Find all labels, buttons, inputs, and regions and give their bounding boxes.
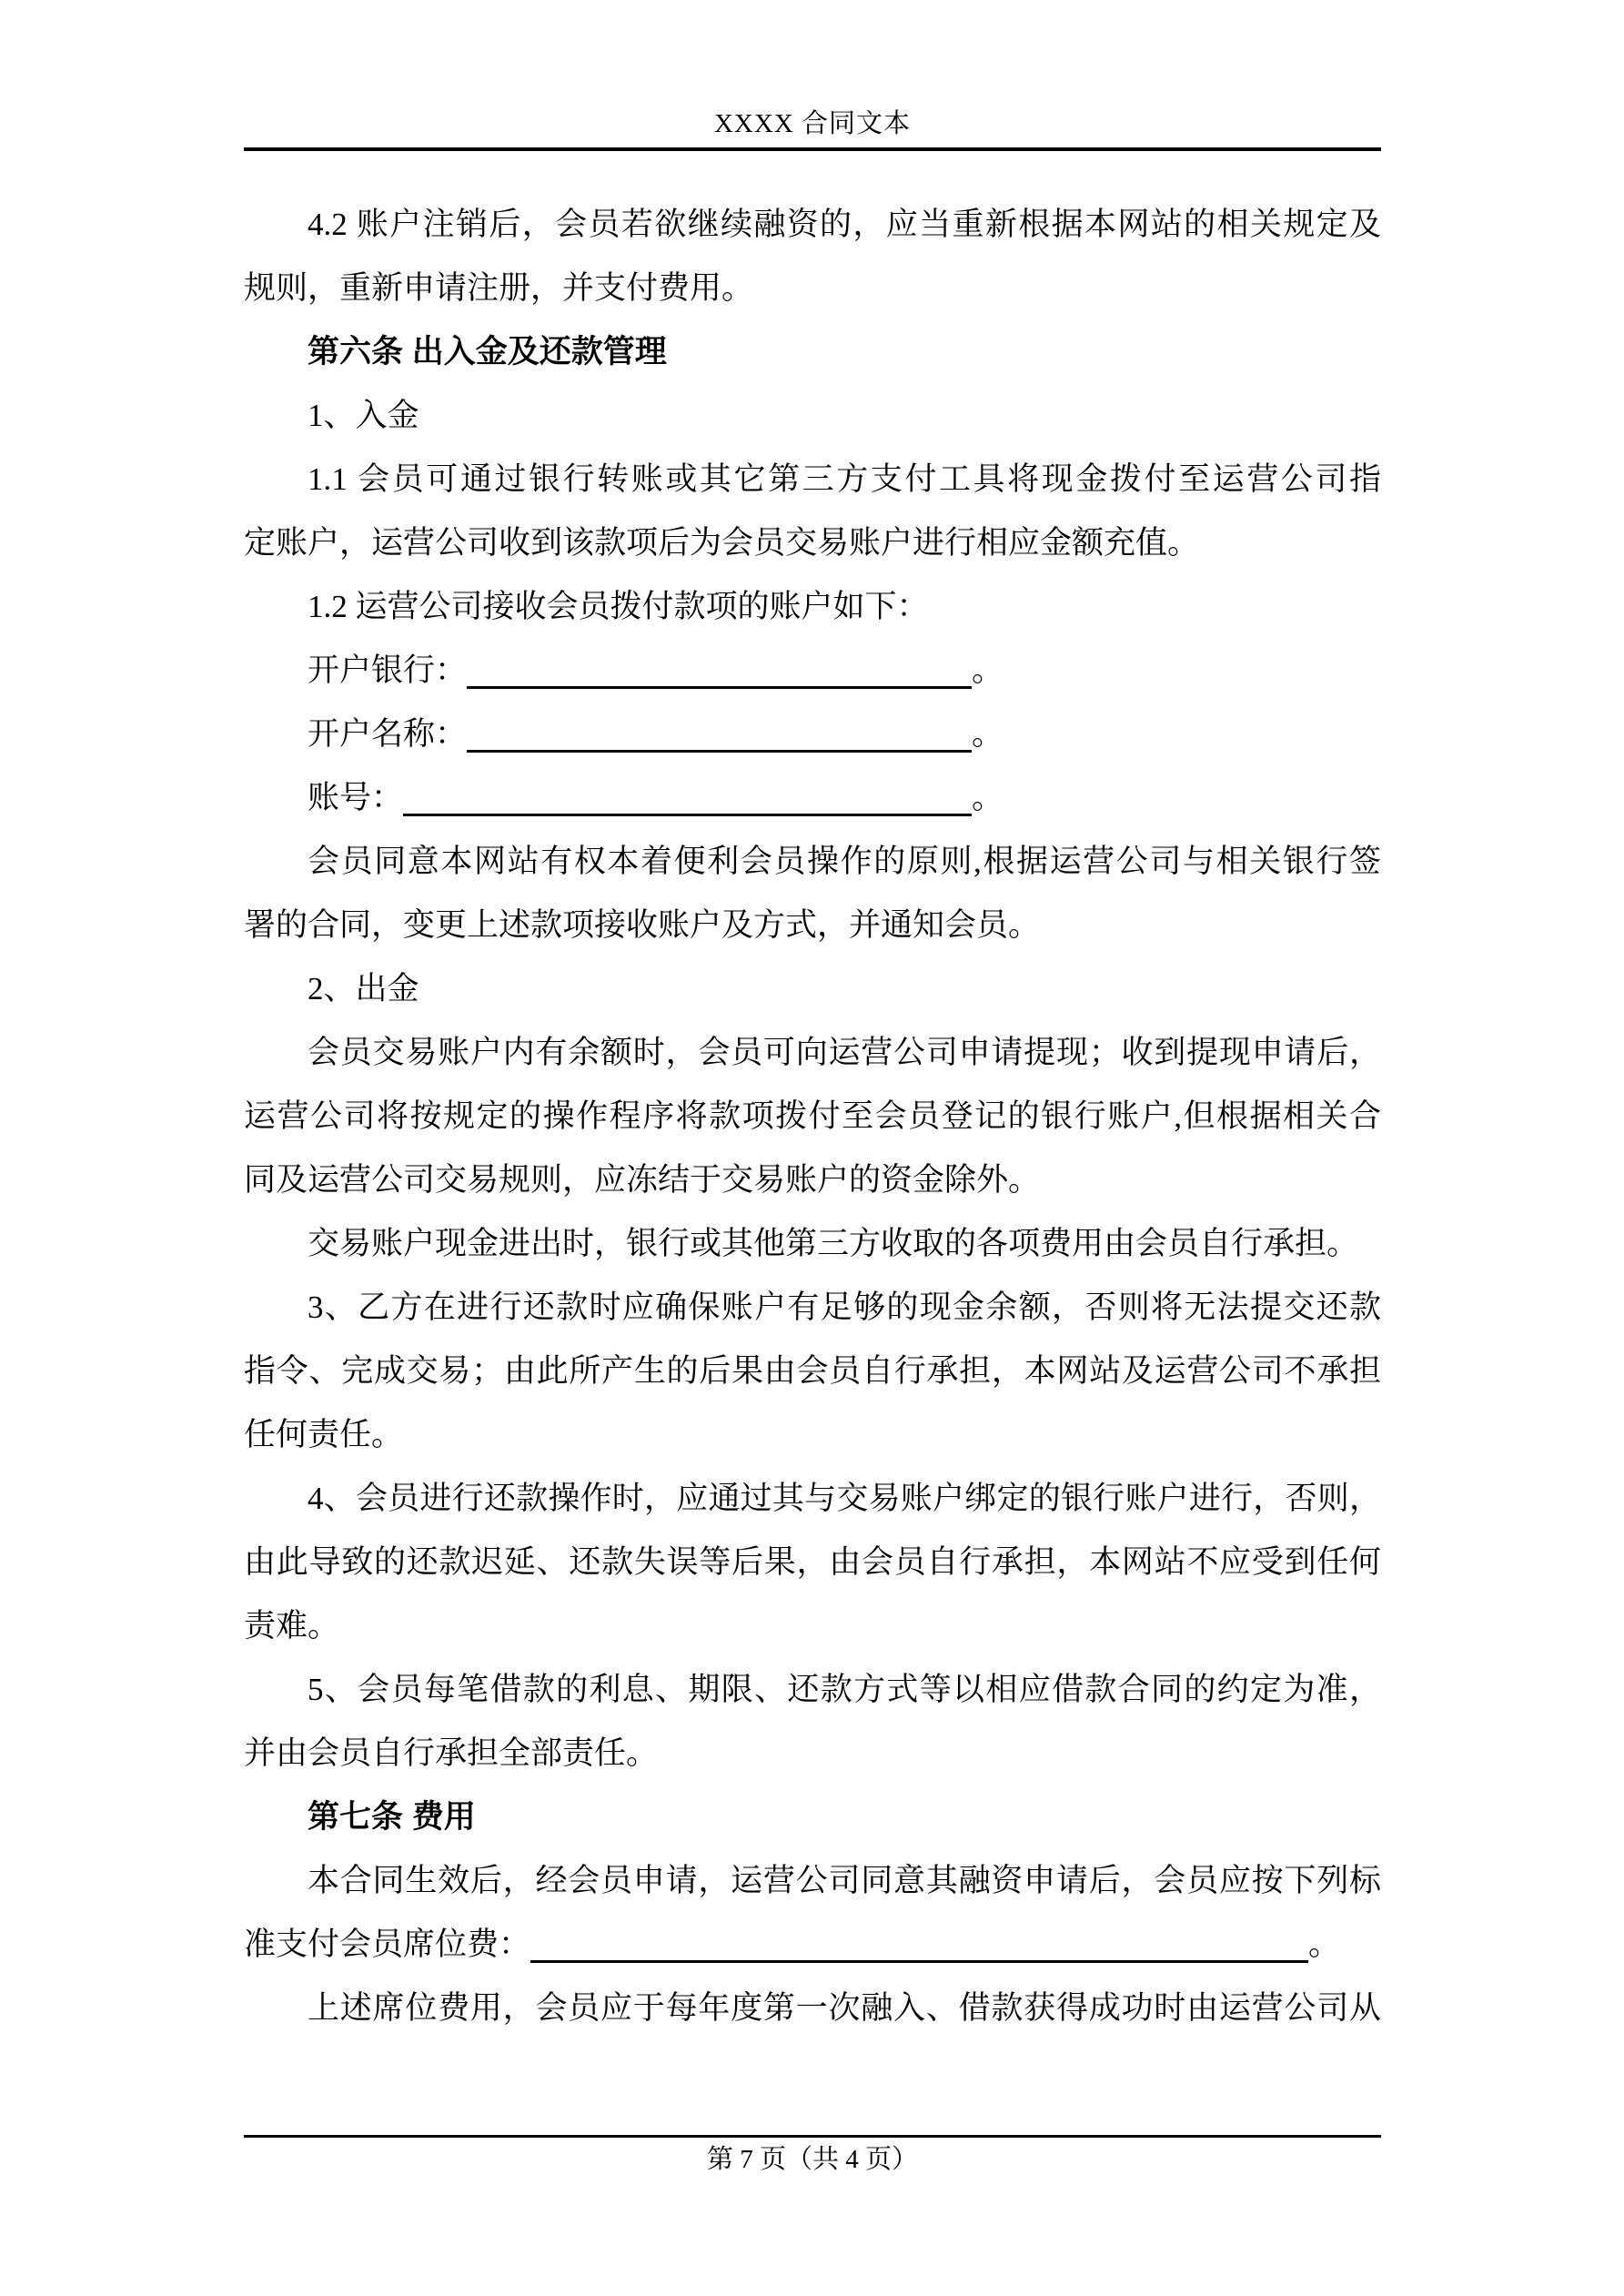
period-suffix: 。 bbox=[972, 780, 1004, 815]
paragraph-line: 责难。 bbox=[244, 1594, 1381, 1658]
paragraph-line: 署的合同，变更上述款项接收账户及方式，并通知会员。 bbox=[244, 894, 1381, 957]
field-label: 开户银行： bbox=[308, 652, 467, 688]
fill-in-field-row: 开户名称：。 bbox=[244, 703, 1381, 766]
paragraph-line: 1.1 会员可通过银行转账或其它第三方支付工具将现金拨付至运营公司指 bbox=[244, 448, 1381, 511]
footer-rule bbox=[244, 2135, 1381, 2138]
paragraph-line: 会员交易账户内有余额时，会员可向运营公司申请提现；收到提现申请后， bbox=[244, 1021, 1381, 1085]
blank-underline bbox=[530, 1959, 1308, 1963]
paragraph-line: 并由会员自行承担全部责任。 bbox=[244, 1722, 1381, 1785]
paragraph-line: 2、出金 bbox=[244, 957, 1381, 1021]
paragraph-line: 4、会员进行还款操作时，应通过其与交易账户绑定的银行账户进行，否则， bbox=[244, 1467, 1381, 1531]
paragraph-line: 本合同生效后，经会员申请，运营公司同意其融资申请后，会员应按下列标 bbox=[244, 1849, 1381, 1913]
document-header-title: XXXX 合同文本 bbox=[244, 108, 1381, 139]
paragraph-line: 5、会员每笔借款的利息、期限、还款方式等以相应借款合同的约定为准， bbox=[244, 1658, 1381, 1722]
period-suffix: 。 bbox=[972, 716, 1004, 752]
blank-underline bbox=[467, 749, 972, 753]
paragraph-line: 同及运营公司交易规则，应冻结于交易账户的资金除外。 bbox=[244, 1148, 1381, 1212]
period-suffix: 。 bbox=[1308, 1927, 1340, 1962]
paragraph-line: 任何责任。 bbox=[244, 1403, 1381, 1467]
blank-underline bbox=[403, 813, 972, 816]
paragraph-line: 交易账户现金进出时，银行或其他第三方收取的各项费用由会员自行承担。 bbox=[244, 1212, 1381, 1276]
paragraph-line: 运营公司将按规定的操作程序将款项拨付至会员登记的银行账户,但根据相关合 bbox=[244, 1085, 1381, 1148]
paragraph-line: 上述席位费用，会员应于每年度第一次融入、借款获得成功时由运营公司从 bbox=[244, 1977, 1381, 2040]
paragraph-line: 1.2 运营公司接收会员拨付款项的账户如下： bbox=[244, 575, 1381, 639]
blank-underline bbox=[467, 685, 972, 689]
section-heading: 第六条 出入金及还款管理 bbox=[244, 320, 1381, 384]
paragraph-line: 指令、完成交易；由此所产生的后果由会员自行承担，本网站及运营公司不承担 bbox=[244, 1340, 1381, 1403]
paragraph-line: 由此导致的还款迟延、还款失误等后果，由会员自行承担，本网站不应受到任何 bbox=[244, 1531, 1381, 1594]
field-label: 准支付会员席位费： bbox=[244, 1927, 530, 1962]
fill-in-field-row: 账号：。 bbox=[244, 766, 1381, 830]
period-suffix: 。 bbox=[972, 652, 1004, 688]
section-heading: 第七条 费用 bbox=[244, 1785, 1381, 1849]
header-rule bbox=[244, 147, 1381, 151]
paragraph-line: 会员同意本网站有权本着便利会员操作的原则,根据运营公司与相关银行签 bbox=[244, 830, 1381, 894]
contract-page: XXXX 合同文本 4.2 账户注销后，会员若欲继续融资的，应当重新根据本网站的… bbox=[0, 0, 1624, 2296]
page-number: 第 7 页（共 4 页） bbox=[244, 2141, 1381, 2178]
paragraph-line: 规则，重新申请注册，并支付费用。 bbox=[244, 257, 1381, 320]
paragraph-line: 定账户，运营公司收到该款项后为会员交易账户进行相应金额充值。 bbox=[244, 511, 1381, 575]
fill-in-field-row: 开户银行：。 bbox=[244, 639, 1381, 703]
paragraph-line: 4.2 账户注销后，会员若欲继续融资的，应当重新根据本网站的相关规定及 bbox=[244, 193, 1381, 257]
paragraph-line: 1、入金 bbox=[244, 384, 1381, 448]
document-body: 4.2 账户注销后，会员若欲继续融资的，应当重新根据本网站的相关规定及规则，重新… bbox=[244, 193, 1381, 2040]
field-label: 开户名称： bbox=[308, 716, 467, 752]
paragraph-line: 3、乙方在进行还款时应确保账户有足够的现金余额，否则将无法提交还款 bbox=[244, 1276, 1381, 1340]
field-label: 账号： bbox=[308, 780, 403, 815]
fill-in-field-row: 准支付会员席位费：。 bbox=[244, 1913, 1381, 1977]
